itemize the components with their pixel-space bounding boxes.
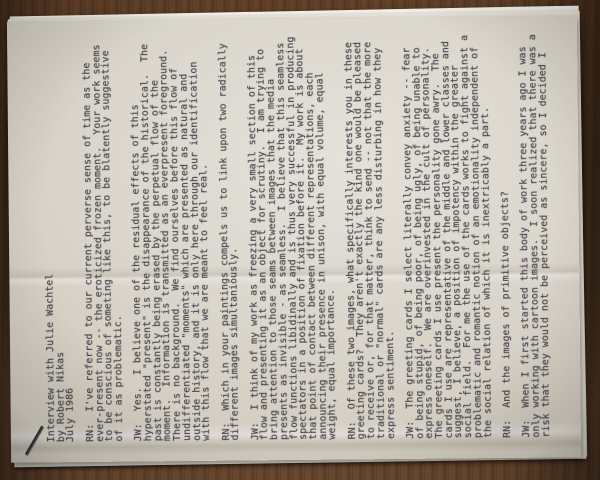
typewritten-text-block: Interview with Julie Wachtel by Robert N…: [7, 16, 581, 462]
photo-scene: Interview with Julie Wachtel by Robert N…: [0, 0, 600, 480]
typewritten-page: Interview with Julie Wachtel by Robert N…: [7, 16, 581, 462]
paragraph-rn-question-2: RN: Which in your paintings compels us t…: [217, 20, 240, 441]
paragraph-rn-question-1: RN: I've referred to our current pervers…: [82, 21, 125, 442]
paragraph-rn-question-4: RN: And the images of primitive objects?: [499, 17, 513, 438]
paragraph-rn-question-3: RN: Of these two images, what specifical…: [344, 18, 397, 439]
document-header: Interview with Julie Wachtel by Robert N…: [43, 21, 76, 442]
paragraph-jw-answer-2: JW: I think of my work as freezing a ver…: [247, 19, 338, 441]
paragraph-jw-answer-3: JW: The greeting cards I select literall…: [402, 17, 493, 439]
paragraph-jw-answer-4: JW: When I first started this body of wo…: [518, 17, 551, 438]
paragraph-jw-answer-1: JW: Yes. I believe one of the residual e…: [130, 20, 212, 442]
